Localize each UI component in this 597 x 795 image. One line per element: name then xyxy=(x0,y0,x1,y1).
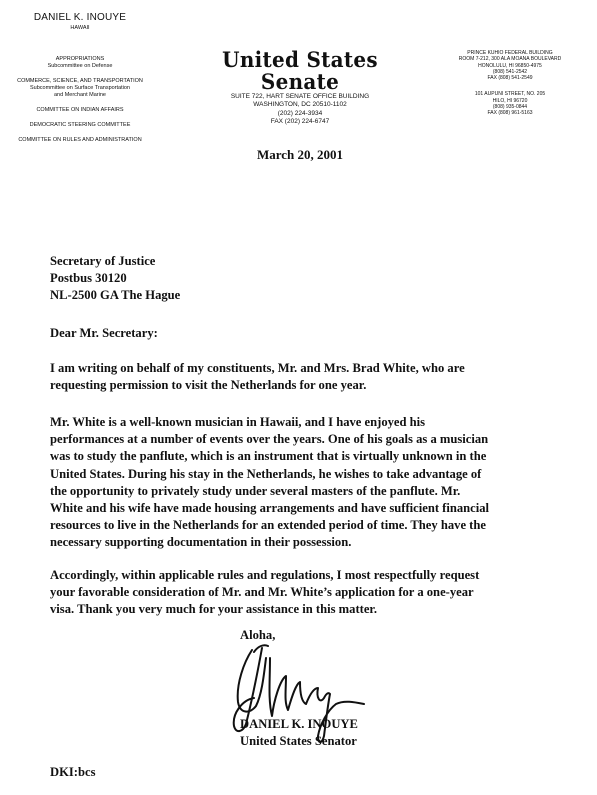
paragraph-line: resources to live in the Netherlands for… xyxy=(50,517,570,534)
subcommittee-name: Subcommittee on Surface Transportation xyxy=(0,85,160,92)
paragraph-line: United States. During his stay in the Ne… xyxy=(50,466,570,483)
recipient-line: Postbus 30120 xyxy=(50,270,570,287)
paragraph-1: I am writing on behalf of my constituent… xyxy=(50,360,570,394)
dc-office-phone: (202) 224-3934 xyxy=(190,110,410,118)
committee-democratic-steering: DEMOCRATIC STEERING COMMITTEE xyxy=(0,122,160,129)
signature-title: United States Senator xyxy=(240,733,357,750)
committee-name: COMMITTEE ON INDIAN AFFAIRS xyxy=(0,107,160,114)
office-fax: FAX (808) 961-5163 xyxy=(435,110,585,116)
salutation: Dear Mr. Secretary: xyxy=(50,325,570,342)
committee-commerce: COMMERCE, SCIENCE, AND TRANSPORTATION Su… xyxy=(0,78,160,99)
committee-name: COMMERCE, SCIENCE, AND TRANSPORTATION xyxy=(0,78,160,85)
committee-name: DEMOCRATIC STEERING COMMITTEE xyxy=(0,122,160,129)
committee-name: COMMITTEE ON RULES AND ADMINISTRATION xyxy=(0,137,160,144)
dc-office-line: SUITE 722, HART SENATE OFFICE BUILDING xyxy=(190,93,410,101)
sender-state: HAWAII xyxy=(0,25,160,32)
paragraph-line: requesting permission to visit the Nethe… xyxy=(50,377,570,394)
paragraph-line: your favorable consideration of Mr. and … xyxy=(50,584,570,601)
recipient-line: NL-2500 GA The Hague xyxy=(50,287,570,304)
paragraph-line: performances at a number of events over … xyxy=(50,431,570,448)
subcommittee-name: Subcommittee on Defense xyxy=(0,63,160,70)
paragraph-line: the opportunity to privately study under… xyxy=(50,483,570,500)
paragraph-2: Mr. White is a well-known musician in Ha… xyxy=(50,414,570,552)
paragraph-line: White and his wife have made housing arr… xyxy=(50,500,570,517)
recipient-address: Secretary of Justice Postbus 30120 NL-25… xyxy=(50,253,570,305)
letterhead-center: United States Senate SUITE 722, HART SEN… xyxy=(190,49,410,127)
paragraph-line: I am writing on behalf of my constituent… xyxy=(50,360,570,377)
letterhead-left-column: DANIEL K. INOUYE HAWAII APPROPRIATIONS S… xyxy=(0,12,160,144)
committee-indian-affairs: COMMITTEE ON INDIAN AFFAIRS xyxy=(0,107,160,114)
sender-name: DANIEL K. INOUYE xyxy=(0,12,160,24)
reference-initials: DKI:bcs xyxy=(50,765,95,780)
committee-appropriations: APPROPRIATIONS Subcommittee on Defense xyxy=(0,56,160,70)
office-fax: FAX (808) 541-2549 xyxy=(435,75,585,81)
paragraph-line: was to study the panflute, which is an i… xyxy=(50,448,570,465)
paragraph-line: Accordingly, within applicable rules and… xyxy=(50,567,570,584)
committee-name: APPROPRIATIONS xyxy=(0,56,160,63)
paragraph-3: Accordingly, within applicable rules and… xyxy=(50,567,570,619)
paragraph-line: necessary supporting documentation in th… xyxy=(50,534,570,551)
letter-date: March 20, 2001 xyxy=(190,147,410,163)
recipient-line: Secretary of Justice xyxy=(50,253,570,270)
hilo-office: 101 AUPUNI STREET, NO. 205 HILO, HI 9672… xyxy=(435,91,585,116)
committee-rules: COMMITTEE ON RULES AND ADMINISTRATION xyxy=(0,137,160,144)
signature-name: DANIEL K. INOUYE xyxy=(240,716,358,733)
honolulu-office: PRINCE KUHIO FEDERAL BUILDING ROOM 7-212… xyxy=(435,50,585,81)
paragraph-line: visa. Thank you very much for your assis… xyxy=(50,601,570,618)
dc-office-line: WASHINGTON, DC 20510-1102 xyxy=(190,101,410,109)
dc-office-fax: FAX (202) 224-6747 xyxy=(190,118,410,126)
letterhead-title: United States Senate xyxy=(196,49,405,93)
subcommittee-name-cont: and Merchant Marine xyxy=(0,92,160,99)
paragraph-line: Mr. White is a well-known musician in Ha… xyxy=(50,414,570,431)
letterhead-right-column: PRINCE KUHIO FEDERAL BUILDING ROOM 7-212… xyxy=(435,50,585,117)
